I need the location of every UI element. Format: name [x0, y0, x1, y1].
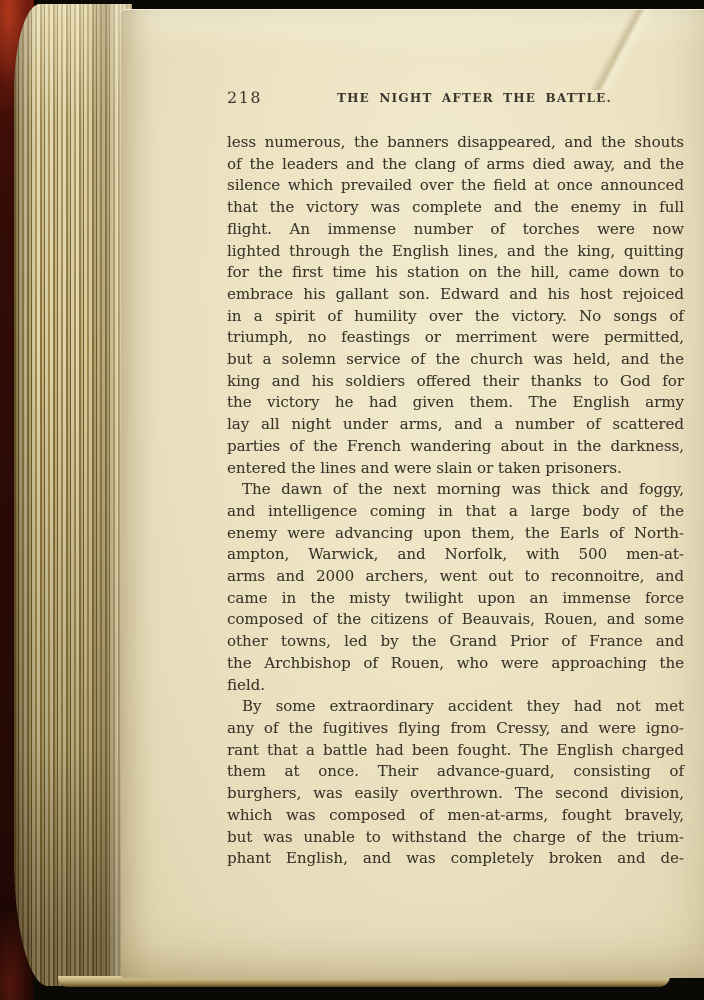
- text-line: for the first time his station on the hi…: [227, 262, 684, 284]
- text-line: burghers, was easily overthrown. The sec…: [227, 783, 684, 805]
- text-line: triumph, no feastings or merriment were …: [227, 327, 684, 349]
- page-number: 218: [227, 88, 262, 107]
- text-line: the Archbishop of Rouen, who were approa…: [227, 653, 684, 675]
- text-line: composed of the citizens of Beauvais, Ro…: [227, 609, 684, 631]
- page-header: 218 THE NIGHT AFTER THE BATTLE.: [227, 86, 684, 116]
- text-line: The dawn of the next morning was thick a…: [227, 479, 684, 501]
- text-line: embrace his gallant son. Edward and his …: [227, 284, 684, 306]
- text-line: which was composed of men-at-arms, fough…: [227, 805, 684, 827]
- running-header: THE NIGHT AFTER THE BATTLE.: [337, 91, 612, 105]
- text-line: ampton, Warwick, and Norfolk, with 500 m…: [227, 544, 684, 566]
- text-line: silence which prevailed over the field a…: [227, 175, 684, 197]
- text-line: enemy were advancing upon them, the Earl…: [227, 523, 684, 545]
- book-page: 218 THE NIGHT AFTER THE BATTLE. less num…: [121, 9, 704, 978]
- text-line: in a spirit of humility over the victory…: [227, 306, 684, 328]
- text-line: that the victory was complete and the en…: [227, 197, 684, 219]
- corner-crease: [534, 10, 704, 90]
- text-line: and intelligence coming in that a large …: [227, 501, 684, 523]
- page-fore-edges: [14, 4, 132, 986]
- text-line: field.: [227, 675, 684, 697]
- text-line: but was unable to withstand the charge o…: [227, 827, 684, 849]
- text-line: other towns, led by the Grand Prior of F…: [227, 631, 684, 653]
- text-line: entered the lines and were slain or take…: [227, 458, 684, 480]
- text-line: lighted through the English lines, and t…: [227, 241, 684, 263]
- text-line: By some extraordinary accident they had …: [227, 696, 684, 718]
- text-line: rant that a battle had been fought. The …: [227, 740, 684, 762]
- text-line: but a solemn service of the church was h…: [227, 349, 684, 371]
- text-line: parties of the French wandering about in…: [227, 436, 684, 458]
- text-line: any of the fugitives flying from Cressy,…: [227, 718, 684, 740]
- book-photo: 218 THE NIGHT AFTER THE BATTLE. less num…: [0, 0, 704, 1000]
- text-line: came in the misty twilight upon an immen…: [227, 588, 684, 610]
- text-line: king and his soldiers offered their than…: [227, 371, 684, 393]
- text-line: less numerous, the banners disappeared, …: [227, 132, 684, 154]
- text-lines: less numerous, the banners disappeared, …: [227, 132, 684, 870]
- text-line: arms and 2000 archers, went out to recon…: [227, 566, 684, 588]
- text-line: the victory he had given them. The Engli…: [227, 392, 684, 414]
- text-line: phant English, and was completely broken…: [227, 848, 684, 870]
- text-line: of the leaders and the clang of arms die…: [227, 154, 684, 176]
- text-line: flight. An immense number of torches wer…: [227, 219, 684, 241]
- text-line: lay all night under arms, and a number o…: [227, 414, 684, 436]
- text-line: them at once. Their advance-guard, consi…: [227, 761, 684, 783]
